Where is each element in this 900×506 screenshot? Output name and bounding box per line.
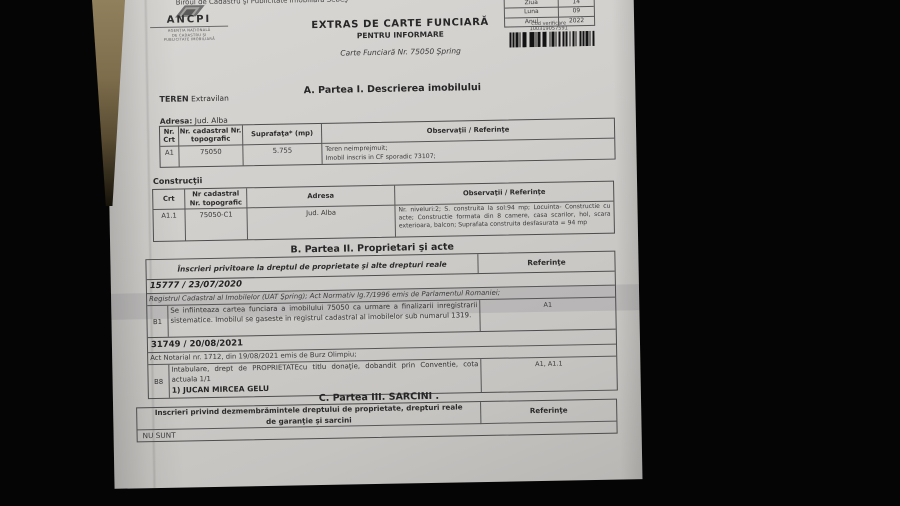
con-cell-cadastral: 75050-C1 xyxy=(185,208,248,240)
sarcini-table: Inscrieri privind dezmembrămintele drept… xyxy=(136,399,618,443)
photo-stage: Biroul de Cadastru şi Publicitate Imobil… xyxy=(0,0,900,506)
land-table: Nr. Crt Nr. cadastral Nr. topografic Sup… xyxy=(159,118,616,168)
land-header-crt: Nr. Crt xyxy=(160,127,179,147)
ancpi-subtitle: AGENŢIA NAŢIONALĂ DE CADASTRU ŞI PUBLICI… xyxy=(150,28,228,43)
sarcini-header-ref: Referinţe xyxy=(481,400,616,424)
entry-text: Se infiinteaza cartea funciara a imobilu… xyxy=(168,300,480,337)
con-cell-adresa: Jud. Alba xyxy=(247,206,396,240)
con-header-adresa: Adresa xyxy=(247,186,395,209)
ancpi-acronym: ANCPI xyxy=(150,14,228,28)
land-header-suprafata: Suprafaţa* (mp) xyxy=(243,124,322,145)
land-cell-cadastral: 75050 xyxy=(179,145,243,167)
con-cell-crt: A1.1 xyxy=(153,209,186,241)
land-header-cadastral: Nr. cadastral Nr. topografic xyxy=(179,125,243,146)
barcode xyxy=(509,31,594,48)
entry-id: B8 xyxy=(148,365,170,398)
entry-ref: A1, A1.1 xyxy=(480,357,617,392)
teren-line: TEREN Extravilan xyxy=(159,94,229,104)
proprietari-table: Înscrieri privitoare la dreptul de propr… xyxy=(145,251,617,400)
teren-label: TEREN xyxy=(159,94,188,104)
land-cell-observatii: Teren neimprejmuit; Imobil inscris in CF… xyxy=(322,138,614,164)
document-paper: Biroul de Cadastru şi Publicitate Imobil… xyxy=(106,0,643,489)
document-title-block: EXTRAS DE CARTE FUNCIARĂ PENTRU INFORMAR… xyxy=(284,16,517,58)
part-a-heading: A. Partea I. Descrierea imobilului xyxy=(277,82,507,97)
con-header-cadastral: Nr cadastral Nr. topografic xyxy=(185,188,247,209)
constructii-label: Construcţii xyxy=(153,176,203,186)
land-cell-suprafata: 5.755 xyxy=(243,143,322,165)
carte-funciara-number: Carte Funciară Nr. 75050 Şpring xyxy=(285,45,517,58)
ancpi-logo: ANCPI AGENŢIA NAŢIONALĂ DE CADASTRU ŞI P… xyxy=(150,2,229,43)
constructii-table: Crt Nr cadastral Nr. topografic Adresa O… xyxy=(152,181,615,242)
teren-value: Extravilan xyxy=(189,94,229,104)
con-cell-observatii: Nr. niveluri:2; S. construita la sol:94 … xyxy=(395,202,614,237)
entry-id: B1 xyxy=(147,306,169,337)
entry-ref: A1 xyxy=(479,298,616,331)
land-cell-crt: A1 xyxy=(160,146,179,167)
proprietari-header-ref: Referinţe xyxy=(478,252,614,273)
con-header-crt: Crt xyxy=(153,189,185,210)
